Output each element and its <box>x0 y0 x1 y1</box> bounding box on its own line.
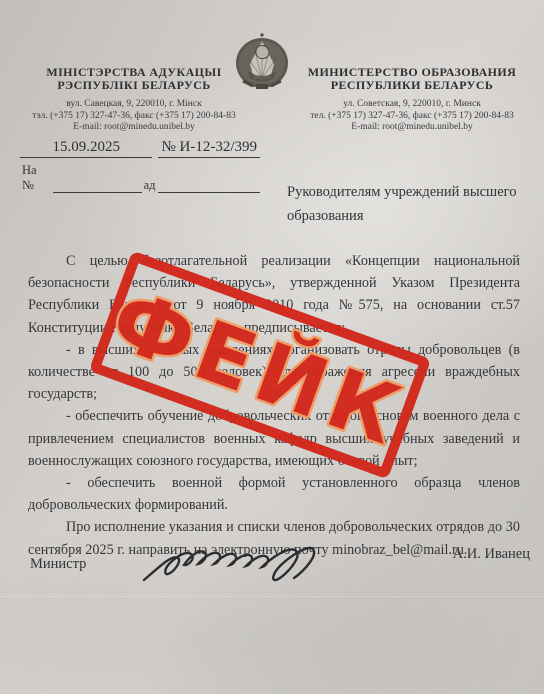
phone-ru: тел. (+375 17) 327-47-36, факс (+375 17)… <box>288 111 536 123</box>
paper-crease <box>0 596 544 599</box>
signer-position: Министр <box>30 556 86 573</box>
ref-line: 15.09.2025 № И-12-32/399 <box>20 139 260 158</box>
letter-date: 15.09.2025 <box>20 139 152 158</box>
ministry-title-ru-line2: РЕСПУБЛИКИ БЕЛАРУСЬ <box>288 79 536 92</box>
letter-number: № И-12-32/399 <box>158 139 260 158</box>
ministry-title-by-line2: РЭСПУБЛІКІ БЕЛАРУСЬ <box>12 79 256 92</box>
handwritten-signature <box>138 528 338 592</box>
ad-label: ад <box>144 178 156 193</box>
address-by: вул. Савецкая, 9, 220010, г. Мінск <box>12 99 256 111</box>
phone-by: тэл. (+375 17) 327-47-36, факс (+375 17)… <box>12 111 256 123</box>
email-by: E-mail: root@minedu.unibel.by <box>12 122 256 134</box>
paragraph-bullet-3: - обеспечить военной формой установленно… <box>28 472 520 516</box>
address-ru: ул. Советская, 9, 220010, г. Минск <box>288 99 536 111</box>
header-right: МИНИСТЕРСТВО ОБРАЗОВАНИЯ РЕСПУБЛИКИ БЕЛА… <box>288 66 536 134</box>
signer-name: А.И. Иванец <box>453 546 530 563</box>
incoming-ref-line: На № ад <box>22 163 260 193</box>
header-left: МІНІСТЭРСТВА АДУКАЦЫІ РЭСПУБЛІКІ БЕЛАРУС… <box>12 66 256 134</box>
na-no-label: На № <box>22 163 51 193</box>
blank-line <box>158 179 260 193</box>
document-photo: МІНІСТЭРСТВА АДУКАЦЫІ РЭСПУБЛІКІ БЕЛАРУС… <box>0 0 544 694</box>
blank-line <box>53 179 142 193</box>
email-ru: E-mail: root@minedu.unibel.by <box>288 122 536 134</box>
addressee: Руководителям учреждений высшего образов… <box>287 180 532 228</box>
